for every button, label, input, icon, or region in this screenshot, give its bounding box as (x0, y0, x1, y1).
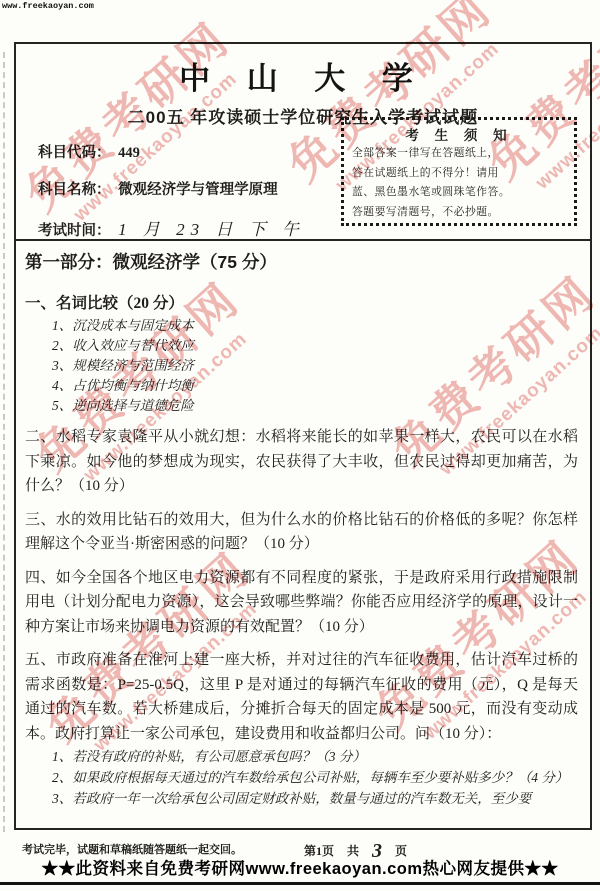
subject-code-value: 449 (118, 145, 140, 161)
notice-line: 蓝、黑色墨水笔或圆珠笔作答。 (352, 183, 566, 203)
subject-name-value: 微观经济学与管理学原理 (118, 182, 278, 198)
question-1-items: 1、沉没成本与固定成本 2、收入效应与替代效应 3、规模经济与范围经济 4、占优… (25, 316, 578, 416)
document-border-box: 中 山 大 学 二00五 年攻读硕士学位研究生入学考试试题 科目代码： 449 … (14, 42, 592, 830)
question-1-heading: 一、名词比较（20 分） (25, 291, 578, 313)
question-5-sub-item: 1、若没有政府的补贴，有公司愿意承包吗？（3 分） (25, 746, 578, 767)
candidate-notice-box: 考 生 须 知 全部答案一律写在答题纸上， 答在试题纸上的不得分！请用 蓝、黑色… (341, 117, 577, 226)
source-credit-banner: ★★此资料来自免费考研网www.freekaoyan.com热心网友提供★★ (0, 855, 600, 879)
exam-time-handwritten-value: 1 月 23 日 下 午 (118, 220, 305, 239)
subject-name-label: 科目名称： (38, 182, 111, 198)
question-item: 3、规模经济与范围经济 (52, 356, 578, 376)
top-url-text: www.freekaoyan.com (2, 1, 94, 11)
question-item: 2、收入效应与替代效应 (52, 336, 578, 356)
question-item: 1、沉没成本与固定成本 (52, 316, 578, 336)
question-5-sub-item: 2、如果政府根据每天通过的汽车数给承包公司补贴，每辆车至少要补贴多少？（4 分） (25, 767, 578, 788)
page-footer: 考试完毕，试题和草稿纸随答题纸一起交回。 第1页 共 3 页 (14, 838, 586, 856)
bottom-rule (0, 882, 600, 885)
scanned-exam-page: www.freekaoyan.com 中 山 大 学 二00五 年攻读硕士学位研… (0, 0, 600, 891)
question-item: 5、逆向选择与道德危险 (52, 396, 578, 416)
notice-line: 答在试题纸上的不得分！请用 (352, 164, 566, 184)
subject-code-label: 科目代码： (38, 145, 111, 161)
exam-header: 中 山 大 学 二00五 年攻读硕士学位研究生入学考试试题 科目代码： 449 … (16, 44, 590, 239)
question-4: 四、如今全国各个地区电力资源都有不同程度的紧张，于是政府采用行政措施限制用电（计… (25, 566, 578, 640)
notice-title: 考 生 须 知 (352, 124, 566, 144)
notice-line: 答题要写清题号，不必抄题。 (352, 203, 566, 223)
question-item: 4、占优均衡与纳什均衡 (52, 376, 578, 396)
section-title: 第一部分：微观经济学（75 分） (25, 249, 578, 274)
exam-time-label: 考试时间： (38, 223, 111, 239)
question-body: 第一部分：微观经济学（75 分） 一、名词比较（20 分） 1、沉没成本与固定成… (16, 241, 590, 828)
question-5-sub-item: 3、若政府一年一次给承包公司固定财政补贴，数量与通过的汽车数无关，至少要 (25, 788, 578, 809)
question-2: 二、水稻专家袁隆平从小就幻想：水稻将来能长的如苹果一样大，农民可以在水稻下乘凉。… (25, 425, 578, 499)
notice-line: 全部答案一律写在答题纸上， (352, 144, 566, 164)
scan-edge-artifact (3, 52, 5, 832)
question-3: 三、水的效用比钻石的效用大，但为什么水的价格比钻石的价格低的多呢？你怎样理解这个… (25, 508, 578, 557)
university-title: 中 山 大 学 (16, 53, 590, 98)
question-5: 五、市政府准备在淮河上建一座大桥，并对过往的汽车征收费用，估计汽车过桥的需求函数… (25, 648, 578, 746)
